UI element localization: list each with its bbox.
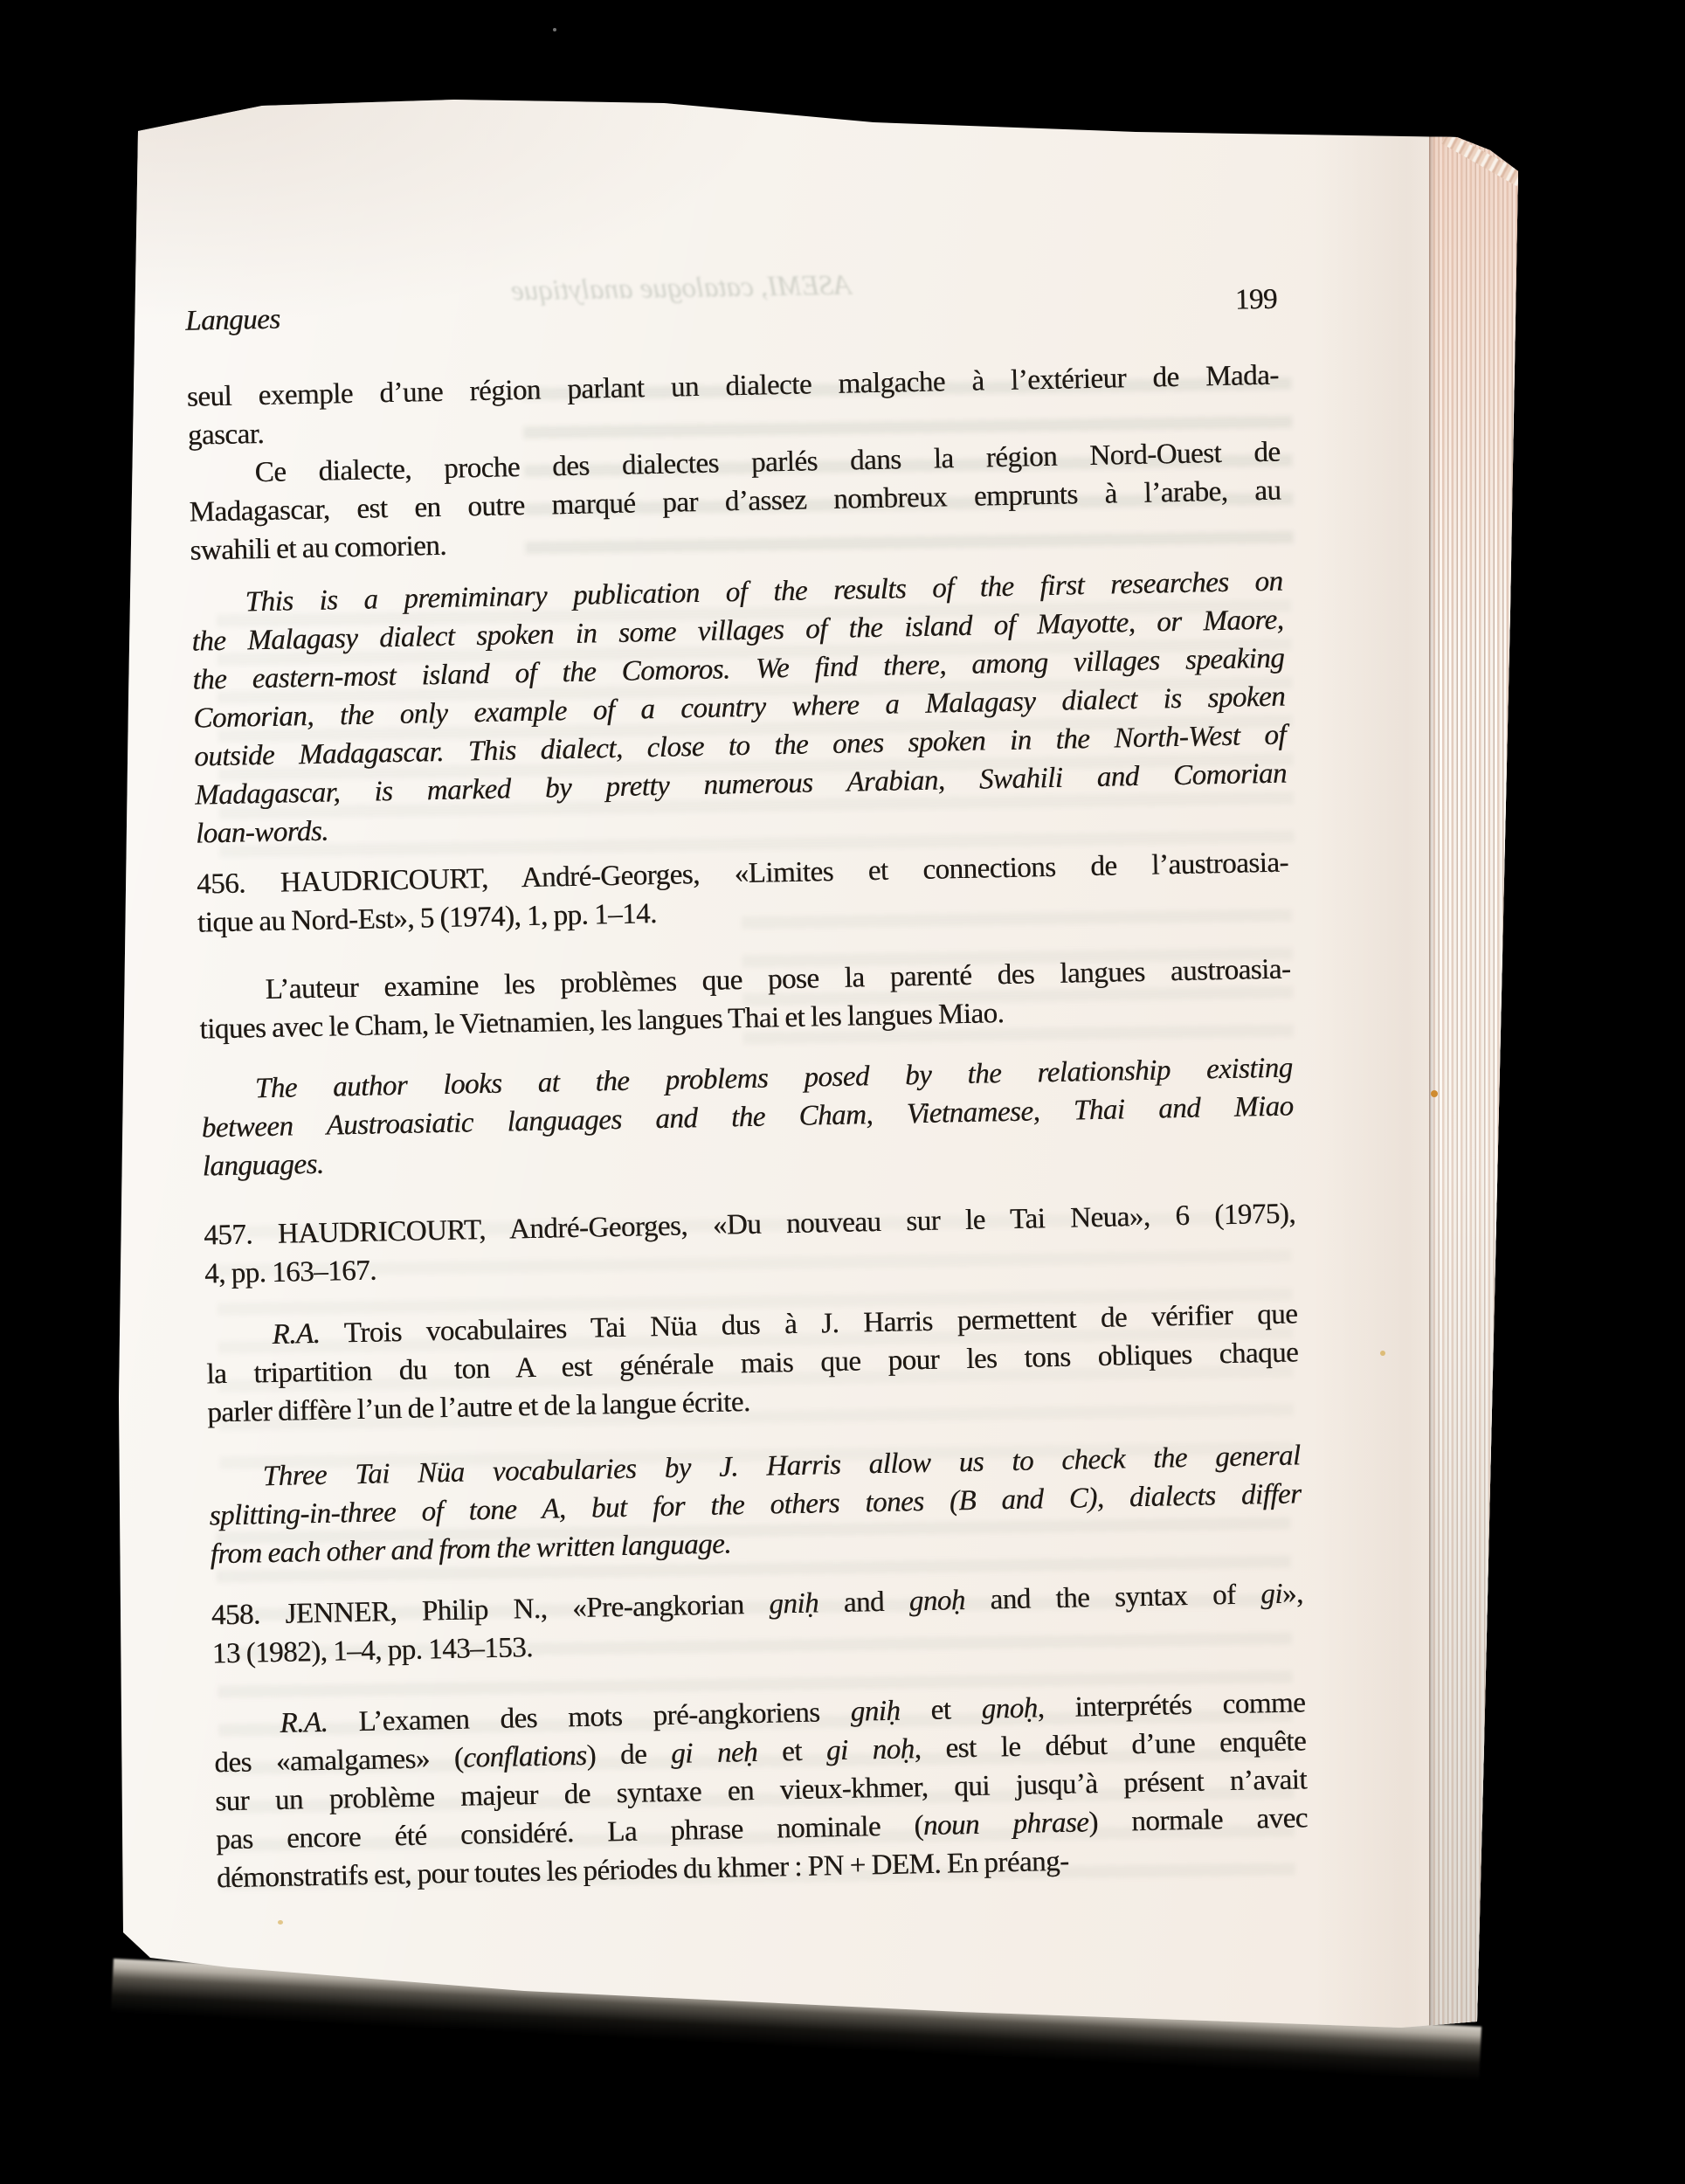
text-blocks: seul exemple d’une région parlant un dia… (187, 356, 1309, 1898)
text-segment: et (757, 1735, 827, 1768)
entry-456: 456. HAUDRICOURT, André-Georges, «Limite… (197, 844, 1290, 943)
page-edge-stack (1429, 122, 1522, 2035)
text-segment: ) normale avec (1088, 1802, 1308, 1838)
running-header: Langues 199 (185, 280, 1278, 341)
paragraph-ce-dialecte: Ce dialecte, proche des dialectes parlés… (188, 433, 1281, 570)
text-column: Langues 199 seul exemple d’une région pa… (185, 280, 1309, 1898)
book-page: ASEMI, catalogue analytique Langues 199 … (0, 0, 1685, 2184)
italic-text-segment: gi noḥ (826, 1733, 915, 1766)
dust-speck (553, 28, 556, 31)
italic-text-segment: gnoḥ (908, 1585, 965, 1617)
italic-text-segment: gi (1260, 1579, 1282, 1610)
abstract-entry-457: Three Tai Nüa vocabularies by J. Harris … (208, 1436, 1302, 1573)
page-number: 199 (1235, 280, 1278, 320)
italic-text-segment: R.A. (280, 1707, 328, 1739)
text-segment: », (1282, 1578, 1303, 1609)
italic-text-segment: conflations (463, 1740, 587, 1774)
section-title: Langues (185, 301, 280, 341)
text-segment: loan-words. (196, 816, 329, 850)
abstract-mayotte: This is a premiminary publication of the… (190, 563, 1288, 854)
photo-stage: ASEMI, catalogue analytique Langues 199 … (0, 0, 1685, 2184)
text-segment: 458. JENNER, Philip N., «Pre-angkorian (211, 1589, 770, 1632)
text-segment: 13 (1982), 1–4, pp. 143–153. (211, 1632, 533, 1669)
text-segment: et (900, 1694, 982, 1727)
paragraph-entry-457-summary: R.A. Trois vocabulaires Tai Nüa dus à J.… (205, 1295, 1299, 1432)
paper-speck (1380, 1351, 1385, 1356)
paper-speck (278, 1920, 283, 1925)
text-segment: , est le début d’une enquête (914, 1725, 1306, 1765)
italic-text-segment: gi neḥ (671, 1737, 758, 1770)
entry-458: 458. JENNER, Philip N., «Pre-angkorian g… (211, 1574, 1305, 1673)
text-segment: ) de (586, 1738, 671, 1772)
entry-457: 457. HAUDRICOURT, André-Georges, «Du nou… (204, 1194, 1297, 1293)
paper-speck (1431, 1090, 1438, 1097)
text-segment: from each other and from the written lan… (210, 1528, 731, 1570)
italic-text-segment: gniḥ (850, 1696, 900, 1728)
text-segment: languages. (202, 1149, 324, 1183)
text-segment: 4, pp. 163–167. (204, 1255, 377, 1290)
text-segment: swahili et au comorien. (190, 530, 446, 567)
italic-text-segment: noun phrase (923, 1807, 1089, 1842)
italic-text-segment: gniḥ (769, 1587, 818, 1620)
text-segment: and the syntax of (964, 1579, 1260, 1616)
text-segment: tique au Nord-Est», 5 (1974), 1, pp. 1–1… (197, 898, 657, 939)
italic-text-segment: gnoḥ (981, 1692, 1038, 1724)
text-segment: des «amalgames» ( (214, 1743, 464, 1780)
paragraph-entry-456-summary: L’auteur examine les problèmes que pose … (198, 950, 1292, 1048)
abstract-entry-456: The author looks at the problems posed b… (200, 1048, 1294, 1185)
text-segment: and (818, 1586, 909, 1619)
text-segment: , interprétés comme (1037, 1687, 1305, 1724)
paragraph-entry-458-summary: R.A. L’examen des mots pré-angkoriens gn… (213, 1683, 1309, 1897)
italic-text-segment: R.A. (272, 1318, 321, 1351)
text-segment: gascar. (188, 418, 265, 452)
text-segment: parler diffère l’un de l’autre et de la … (207, 1386, 750, 1428)
